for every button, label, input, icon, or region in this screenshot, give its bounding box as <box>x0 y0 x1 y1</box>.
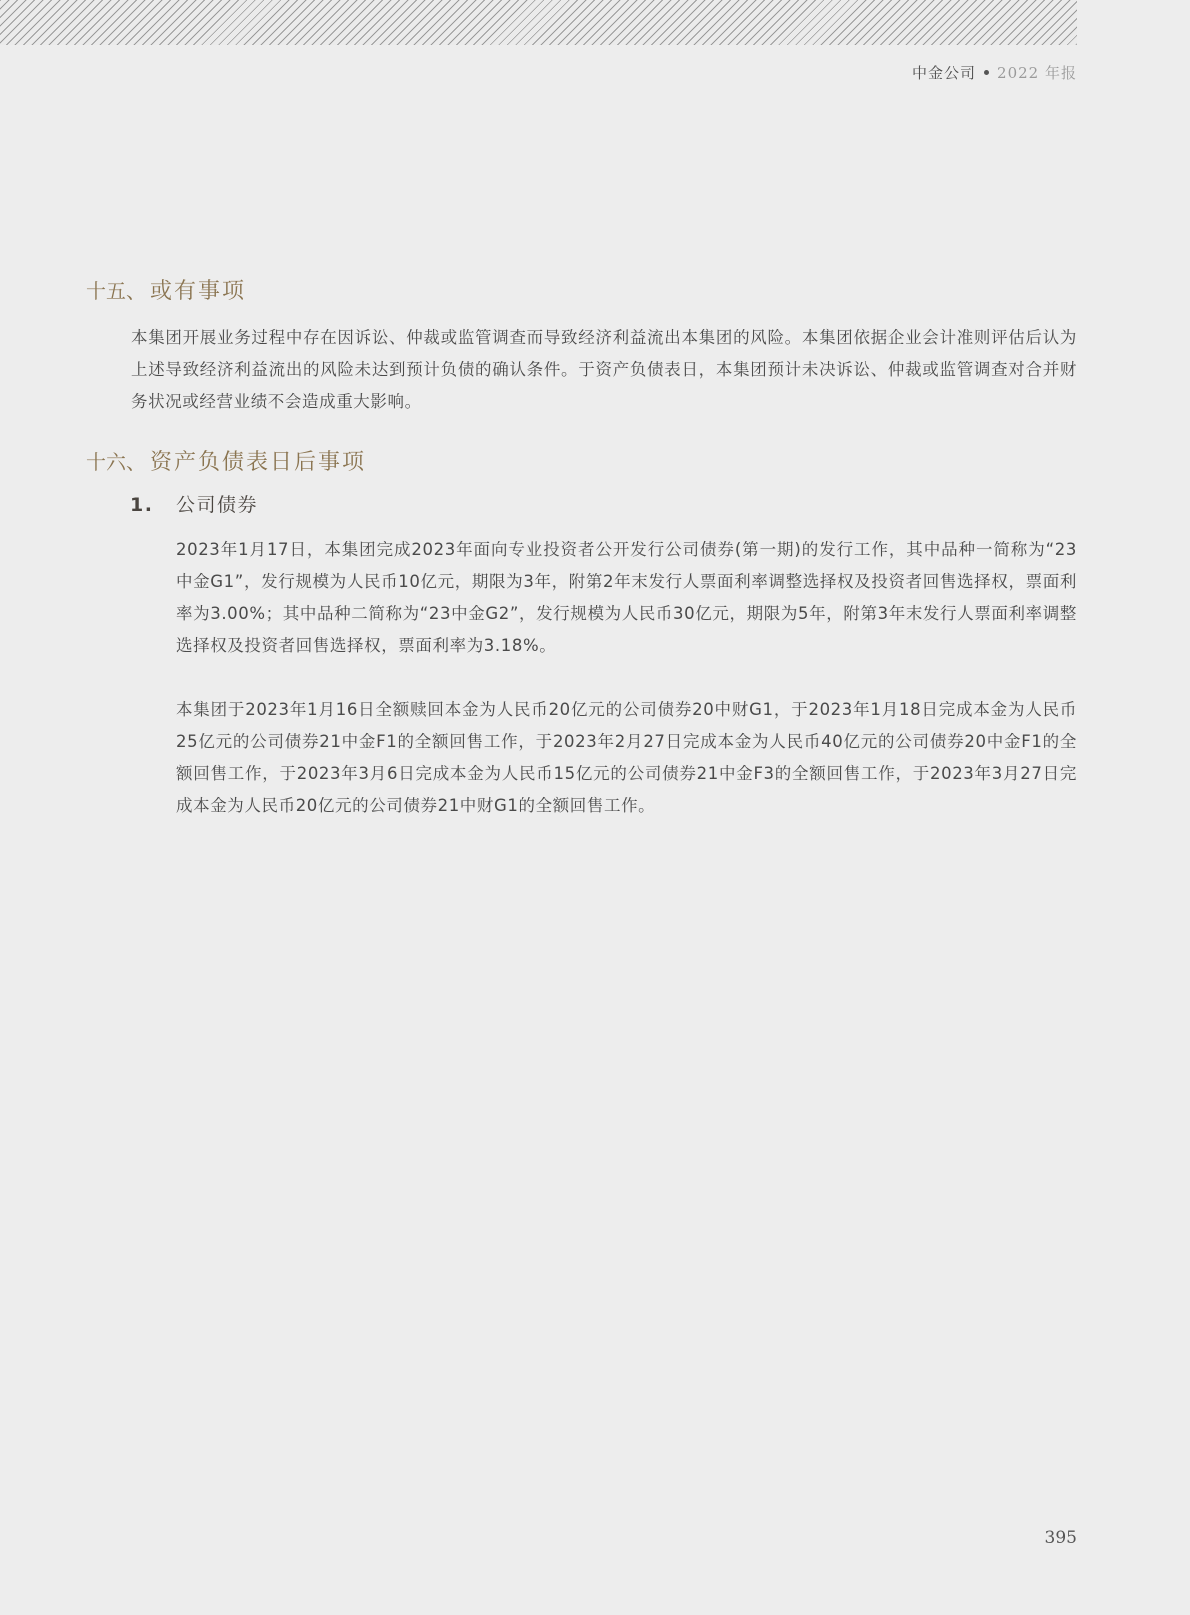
bond-issuance-paragraph: 2023年1月17日，本集团完成2023年面向专业投资者公开发行公司债券(第一期… <box>176 534 1077 662</box>
subsection-heading-corporate-bonds: 1. 公司债券 <box>130 490 258 517</box>
decorative-hatch-band <box>0 0 1077 45</box>
bond-redemption-paragraph: 本集团于2023年1月16日全额赎回本金为人民币20亿元的公司债券20中财G1，… <box>176 694 1077 822</box>
section-number: 十五、 <box>86 275 146 304</box>
section-heading-contingencies: 十五、 或有事项 <box>86 274 246 305</box>
section-heading-subsequent-events: 十六、 资产负债表日后事项 <box>86 445 366 476</box>
contingencies-paragraph: 本集团开展业务过程中存在因诉讼、仲裁或监管调查而导致经济利益流出本集团的风险。本… <box>131 322 1077 418</box>
section-title: 资产负债表日后事项 <box>150 445 366 476</box>
section-title: 或有事项 <box>150 274 246 305</box>
subsection-number: 1. <box>130 494 176 516</box>
subsection-title: 公司债券 <box>176 490 258 517</box>
company-name: 中金公司 <box>912 62 976 83</box>
bullet-separator-icon <box>984 70 989 75</box>
page-number: 395 <box>1045 1528 1077 1548</box>
running-header: 中金公司 2022 年报 <box>912 62 1077 83</box>
report-year: 2022 年报 <box>997 62 1077 83</box>
section-number: 十六、 <box>86 446 146 475</box>
